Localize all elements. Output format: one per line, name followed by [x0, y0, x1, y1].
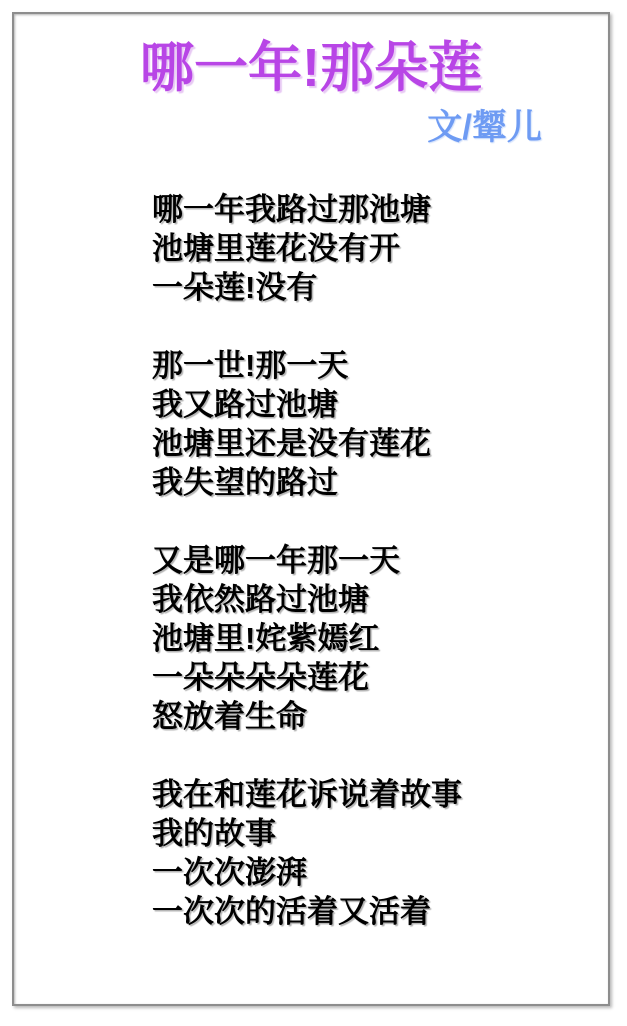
poem-line: 怒放着生命 [152, 697, 608, 736]
poem-line: 一朵莲!没有 [152, 268, 608, 307]
poem-line: 池塘里还是没有莲花 [152, 424, 608, 463]
poem-line: 哪一年我路过那池塘 [152, 190, 608, 229]
poem-card-frame: 哪一年!那朵莲 文/颦儿 哪一年我路过那池塘 池塘里莲花没有开 一朵莲!没有 那… [12, 12, 610, 1006]
poem-line: 我又路过池塘 [152, 385, 608, 424]
poem-title: 哪一年!那朵莲 [14, 38, 608, 98]
poem-line: 我在和莲花诉说着故事 [152, 775, 608, 814]
poem-line: 一次次澎湃 [152, 853, 608, 892]
poem-line: 我依然路过池塘 [152, 580, 608, 619]
poem-line: 池塘里莲花没有开 [152, 229, 608, 268]
poem-line: 一朵朵朵朵莲花 [152, 658, 608, 697]
poem-line: 那一世!那一天 [152, 346, 608, 385]
poem-line: 一次次的活着又活着 [152, 892, 608, 931]
poem-body: 哪一年我路过那池塘 池塘里莲花没有开 一朵莲!没有 那一世!那一天 我又路过池塘… [152, 190, 608, 931]
poem-author-byline: 文/颦儿 [14, 108, 542, 148]
stanza-2: 那一世!那一天 我又路过池塘 池塘里还是没有莲花 我失望的路过 [152, 346, 608, 502]
poem-line: 又是哪一年那一天 [152, 541, 608, 580]
stanza-4: 我在和莲花诉说着故事 我的故事 一次次澎湃 一次次的活着又活着 [152, 775, 608, 931]
poem-line: 我失望的路过 [152, 463, 608, 502]
poem-line: 池塘里!姹紫嫣红 [152, 619, 608, 658]
stanza-1: 哪一年我路过那池塘 池塘里莲花没有开 一朵莲!没有 [152, 190, 608, 307]
stanza-3: 又是哪一年那一天 我依然路过池塘 池塘里!姹紫嫣红 一朵朵朵朵莲花 怒放着生命 [152, 541, 608, 736]
poem-line: 我的故事 [152, 814, 608, 853]
